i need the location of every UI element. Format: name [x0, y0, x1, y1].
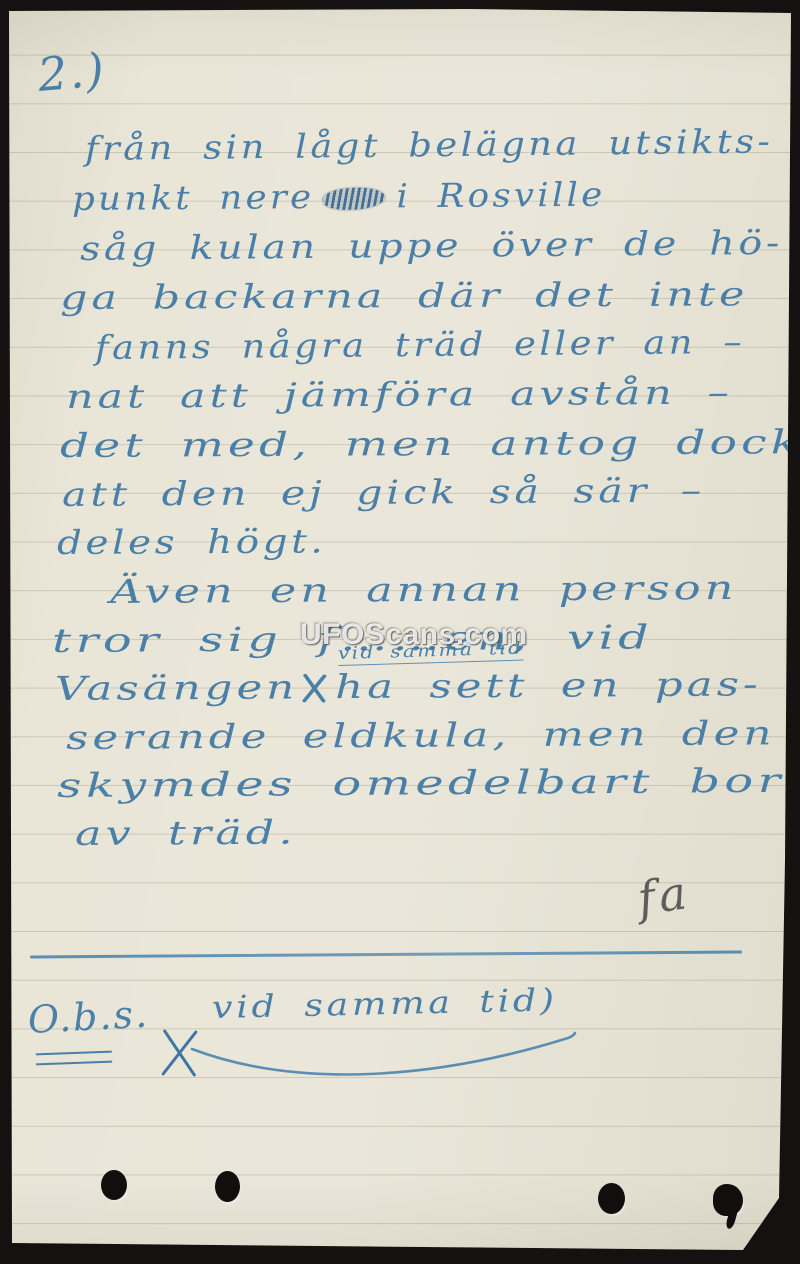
scan-background: 2.) från sin lågt belägna utsikts- punkt…	[0, 0, 800, 1264]
punch-hole	[713, 1184, 743, 1216]
handwritten-line: fanns några träd eller an –	[95, 319, 746, 371]
handwritten-line: serande eldkula, men den	[66, 710, 776, 761]
footer-note: vid samma tid)	[211, 982, 558, 1026]
handwritten-line: ga backarna där det inte	[60, 271, 749, 321]
handwritten-line: punkt nerei Rosville	[72, 172, 606, 222]
handwritten-text: Vasängen	[55, 667, 299, 708]
obs-label: O.b.s.	[27, 992, 150, 1042]
handdrawn-divider-line	[30, 951, 742, 959]
handwritten-line: Även en annan person	[110, 565, 738, 615]
handwritten-text: i Rosville	[396, 175, 605, 216]
punch-hole	[101, 1170, 127, 1200]
handwritten-line: deles högt.	[57, 518, 327, 566]
handwritten-line: skymdes omedelbart bort –	[57, 757, 800, 809]
watermark: UFOScans.com	[300, 618, 528, 652]
handwritten-line: såg kulan uppe över de hö-	[80, 220, 783, 272]
handwritten-line: från sin lågt belägna utsikts-	[85, 118, 774, 172]
handwritten-line: nat att jämföra avstån –	[66, 370, 733, 420]
handwritten-line: av träd.	[75, 810, 297, 857]
punch-hole	[215, 1171, 240, 1202]
handwritten-line: det med, men antog dock	[60, 419, 800, 469]
punch-hole	[598, 1183, 625, 1214]
x-mark	[154, 1028, 206, 1078]
handwritten-line: att den ej gick så sär –	[62, 468, 706, 518]
page-number: 2.)	[36, 42, 108, 102]
insertion-x-mark	[301, 674, 328, 702]
handwritten-text: ha sett en pas-	[335, 664, 762, 706]
handwritten-text: punkt nere	[72, 177, 315, 218]
scribbled-out-word	[322, 185, 386, 211]
pencil-initials: fa	[634, 865, 693, 926]
handwritten-line: Vasängenha sett en pas-	[55, 661, 762, 712]
obs-double-underline	[36, 1051, 112, 1066]
